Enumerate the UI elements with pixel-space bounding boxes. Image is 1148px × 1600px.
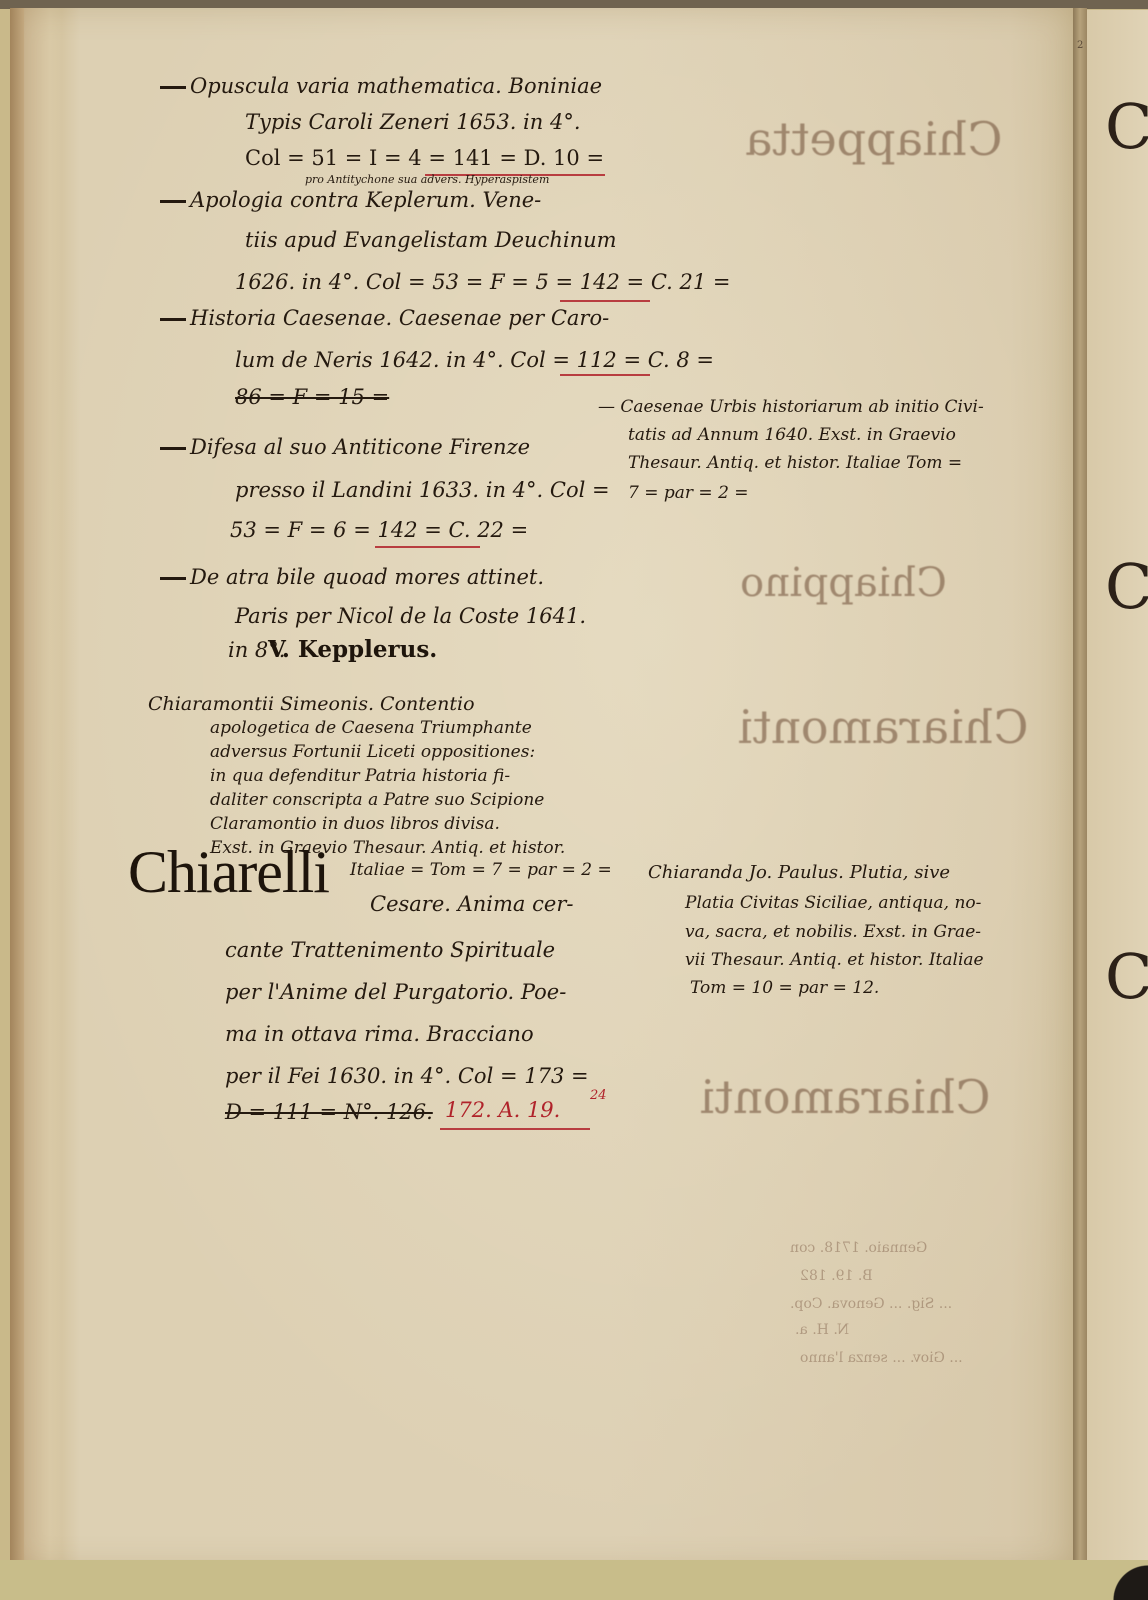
bleed-through-stamp: B. 19. 182	[800, 1268, 873, 1284]
catalogue-entry-line: Italiae = Tom = 7 = par = 2 =	[350, 860, 612, 880]
next-leaf-initial: C	[1105, 550, 1148, 623]
entry-dash	[160, 447, 186, 450]
catalogue-entry-line: vii Thesaur. Antiq. et histor. Italiae	[685, 950, 984, 970]
entry-dash	[160, 86, 186, 89]
corner-shadow	[1108, 1560, 1148, 1600]
bleed-through-heading: Chiaramonti	[738, 700, 1029, 754]
catalogue-entry-line: per l'Anime del Purgatorio. Poe-	[225, 980, 566, 1004]
struck-shelfmark: D = 111 = N°. 126.	[225, 1100, 433, 1124]
shelfmark-line: 53 = F = 6 = 142 = C. 22 =	[230, 518, 528, 542]
catalogue-entry-line: presso il Landini 1633. in 4°. Col =	[235, 478, 610, 502]
catalogue-entry-line: lum de Neris 1642. in 4°. Col = 112 = C.…	[235, 348, 714, 372]
catalogue-entry-line: Cesare. Anima cer-	[370, 892, 573, 916]
next-leaf: 2 C C C	[1087, 10, 1148, 1600]
bleed-through-stamp: ... Sig. ... Genova. Cop.	[790, 1296, 952, 1312]
catalogue-entry-line: De atra bile quoad mores attinet.	[160, 565, 544, 589]
red-underline	[440, 1128, 590, 1130]
bleed-through-stamp: N. H. a.	[795, 1322, 849, 1338]
red-underline	[560, 300, 650, 302]
catalogue-entry-line: daliter conscripta a Patre suo Scipione	[210, 790, 544, 810]
interlinear-annotation: pro Antitychone sua advers. Hyperaspiste…	[305, 173, 549, 186]
red-underline	[560, 374, 650, 376]
catalogue-entry-line: Apologia contra Keplerum. Vene-	[160, 188, 541, 212]
bleed-through-heading: Chiappino	[740, 560, 947, 606]
catalogue-entry-line: Opuscula varia mathematica. Boniniae	[160, 74, 602, 98]
catalogue-entry-line: — Caesenae Urbis historiarum ab initio C…	[598, 397, 984, 417]
page-left-edge	[10, 8, 24, 1568]
bleed-through-stamp: Gennaio. 1718. con	[790, 1240, 927, 1256]
book-gutter	[1073, 8, 1087, 1600]
catalogue-entry-line: 7 = par = 2 =	[628, 483, 749, 503]
bleed-through-heading: Chiappetta	[745, 112, 1002, 166]
cross-reference-stamp: V. Kepplerus.	[268, 636, 437, 663]
shelfmark-line: 1626. in 4°. Col = 53 = F = 5 = 142 = C.…	[235, 270, 730, 294]
shelfmark-line: per il Fei 1630. in 4°. Col = 173 =	[225, 1064, 589, 1088]
catalogue-entry-line: Chiaramontii Simeonis. Contentio	[148, 693, 475, 715]
catalogue-entry-line: tatis ad Annum 1640. Exst. in Graevio	[628, 425, 956, 445]
red-underline	[375, 546, 480, 548]
next-leaf-initial: C	[1105, 90, 1148, 163]
bleed-through-stamp: ... Giov. ... senza l'anno	[800, 1350, 963, 1366]
catalogue-entry-line: Paris per Nicol de la Coste 1641.	[235, 604, 586, 628]
catalogue-entry-line: ma in ottava rima. Bracciano	[225, 1022, 534, 1046]
catalogue-entry-line: Platia Civitas Siciliae, antiqua, no-	[685, 893, 981, 913]
catalogue-entry-line: Chiaranda Jo. Paulus. Plutia, sive	[648, 862, 950, 883]
table-surface	[0, 1560, 1148, 1600]
entry-dash	[160, 577, 186, 580]
author-heading: Chiarelli	[128, 838, 329, 907]
catalogue-entry-line: in qua defenditur Patria historia fi-	[210, 766, 510, 786]
red-superscript: 24	[590, 1088, 607, 1103]
entry-dash	[160, 200, 186, 203]
entry-dash	[160, 318, 186, 321]
leaf-number: 2	[1077, 40, 1083, 51]
bleed-through-heading: Chiaramonti	[700, 1070, 991, 1124]
struck-shelfmark: 86 = F = 15 =	[235, 385, 389, 409]
catalogue-entry-line: Thesaur. Antiq. et histor. Italiae Tom =	[628, 453, 962, 473]
catalogue-entry-line: apologetica de Caesena Triumphante	[210, 718, 532, 738]
catalogue-entry-line: tiis apud Evangelistam Deuchinum	[245, 228, 617, 252]
catalogue-entry-line: va, sacra, et nobilis. Exst. in Grae-	[685, 922, 981, 942]
red-shelfmark-correction: 172. A. 19.	[445, 1098, 560, 1122]
catalogue-entry-line: cante Trattenimento Spirituale	[225, 938, 555, 962]
shelfmark-line: Col = 51 = I = 4 = 141 = D. 10 =	[245, 146, 604, 170]
catalogue-entry-line: Claramontio in duos libros divisa.	[210, 814, 500, 834]
next-leaf-initial: C	[1105, 940, 1148, 1013]
catalogue-entry-line: adversus Fortunii Liceti oppositiones:	[210, 742, 535, 762]
catalogue-entry-line: Historia Caesenae. Caesenae per Caro-	[160, 306, 609, 330]
catalogue-entry-line: Typis Caroli Zeneri 1653. in 4°.	[245, 110, 581, 134]
catalogue-entry-line: Difesa al suo Antiticone Firenze	[160, 435, 530, 459]
catalogue-entry-line: Tom = 10 = par = 12.	[690, 978, 879, 998]
